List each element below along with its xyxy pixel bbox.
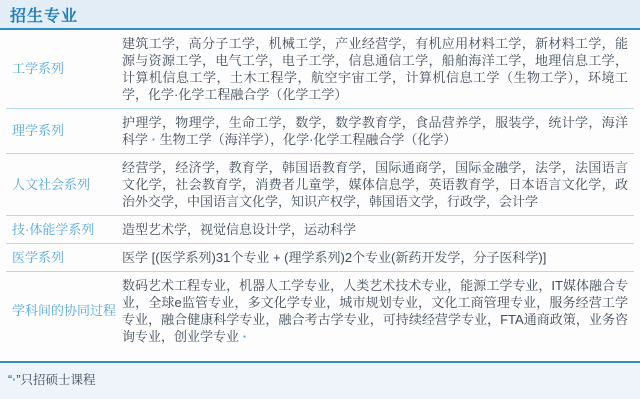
row-label: 人文社会系列: [6, 177, 122, 193]
content-text: 造型艺术学，视觉信息设计学，运动科学: [122, 222, 356, 237]
majors-table: 工学系列 建筑工学，高分子工学，机械工学，产业经营学，有机应用材料工学，新材料工…: [0, 30, 640, 361]
page-title: 招生专业: [10, 3, 78, 26]
page-footer: “·”只招硕士课程: [0, 361, 640, 399]
row-content: 经营学，经济学，教育学，韩国语教育学，国际通商学，国际金融学，法学，法国语言文化…: [122, 159, 634, 210]
table-row: 工学系列 建筑工学，高分子工学，机械工学，产业经营学，有机应用材料工学，新材料工…: [6, 30, 634, 109]
row-label: 理学系列: [6, 123, 122, 139]
table-row: 人文社会系列 经营学，经济学，教育学，韩国语教育学，国际通商学，国际金融学，法学…: [6, 154, 634, 216]
page-header: 招生专业: [0, 0, 640, 30]
page: 招生专业 工学系列 建筑工学，高分子工学，机械工学，产业经营学，有机应用材料工学…: [0, 0, 640, 399]
table-row: 学科间的协同过程 数码艺术工程专业，机器人工学专业，人类艺术技术专业，能源工学专…: [6, 272, 634, 350]
content-text: 经营学，经济学，教育学，韩国语教育学，国际通商学，国际金融学，法学，法国语言文化…: [122, 160, 628, 209]
masters-only-dot: ·: [148, 132, 160, 147]
row-label: 工学系列: [6, 61, 122, 77]
footnote: “·”只招硕士课程: [8, 373, 96, 387]
content-text: 医学 [(医学系列)31个专业 + (理学系列)2个专业(新药开发学，分子医科学…: [122, 250, 546, 265]
row-content: 医学 [(医学系列)31个专业 + (理学系列)2个专业(新药开发学，分子医科学…: [122, 249, 634, 266]
content-text: 建筑工学，高分子工学，机械工学，产业经营学，有机应用材料工学，新材料工学，能源与…: [122, 36, 628, 102]
row-label: 技·体能学系列: [6, 222, 122, 238]
row-label: 医学系列: [6, 250, 122, 266]
table-row: 医学系列 医学 [(医学系列)31个专业 + (理学系列)2个专业(新药开发学，…: [6, 244, 634, 272]
content-text: 生物工学（海洋学），化学·化学工程融合学（化学）: [160, 132, 457, 147]
table-row: 理学系列 护理学，物理学，生命工学，数学，数学教育学，食品营养学，服装学，统计学…: [6, 109, 634, 154]
content-text: 数码艺术工程专业，机器人工学专业，人类艺术技术专业，能源工学专业，IT媒体融合专…: [122, 278, 628, 344]
row-content: 造型艺术学，视觉信息设计学，运动科学: [122, 221, 634, 238]
row-content: 护理学，物理学，生命工学，数学，数学教育学，食品营养学，服装学，统计学，海洋科学…: [122, 114, 634, 148]
row-content: 建筑工学，高分子工学，机械工学，产业经营学，有机应用材料工学，新材料工学，能源与…: [122, 35, 634, 103]
row-label: 学科间的协同过程: [6, 303, 122, 319]
table-row: 技·体能学系列 造型艺术学，视觉信息设计学，运动科学: [6, 216, 634, 244]
masters-only-dot: ·: [243, 329, 247, 344]
content-text: ”只招硕士课程: [16, 373, 95, 387]
row-content: 数码艺术工程专业，机器人工学专业，人类艺术技术专业，能源工学专业，IT媒体融合专…: [122, 277, 634, 345]
